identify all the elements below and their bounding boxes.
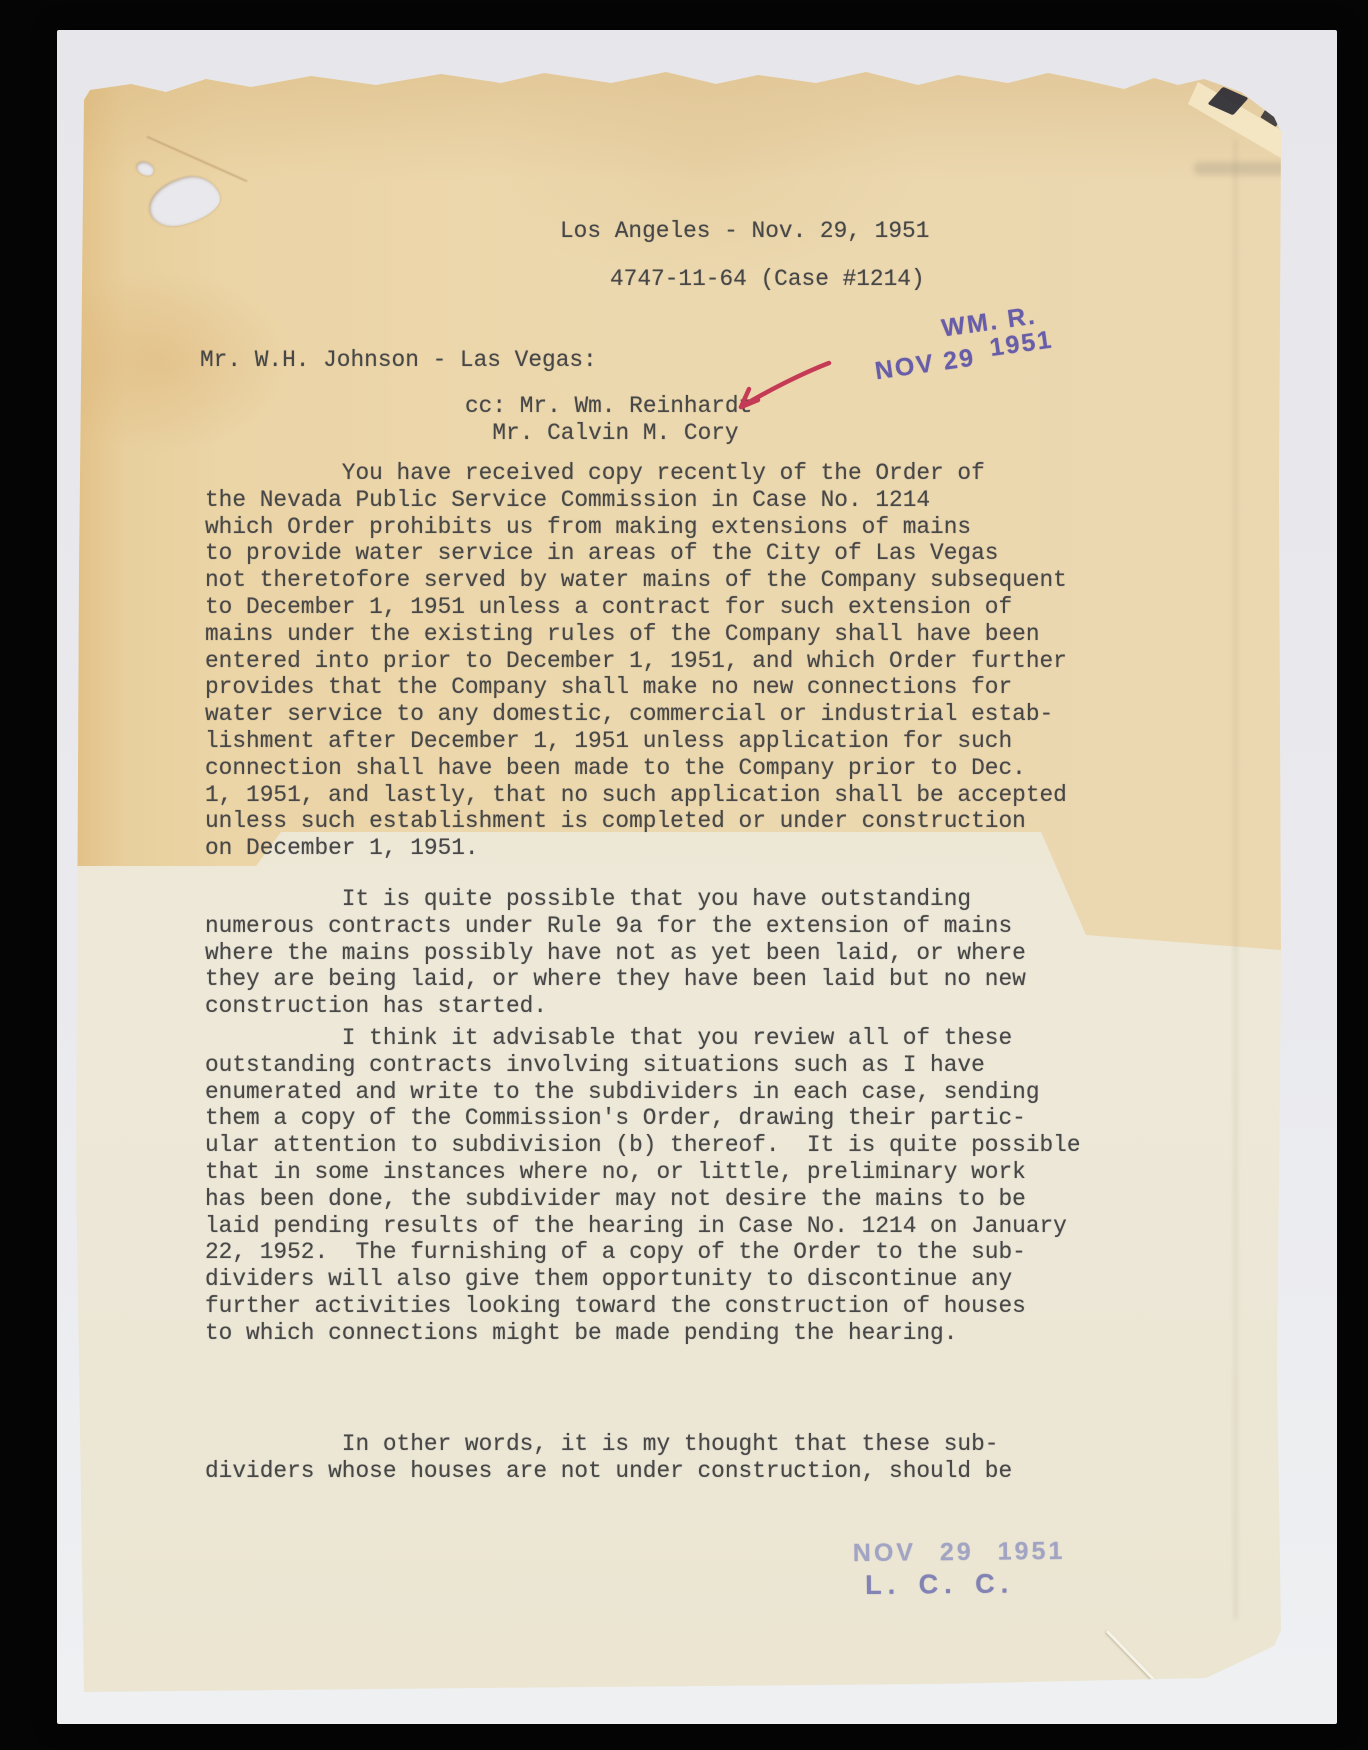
paragraph-1: You have received copy recently of the O…	[205, 460, 1067, 862]
paragraph-2: It is quite possible that you have outst…	[205, 886, 1026, 1020]
dateline: Los Angeles - Nov. 29, 1951	[560, 218, 929, 245]
stamp-date-line: NOV 29 1951	[853, 1537, 1066, 1568]
paragraph-4: In other words, it is my thought that th…	[205, 1431, 1012, 1485]
date-received-stamp: NOV 29 1951 L. C. C.	[853, 1537, 1066, 1601]
scanned-letter-photo: { "letter": { "dateline": "Los Angeles -…	[0, 0, 1368, 1750]
letter-page: Los Angeles - Nov. 29, 1951 4747-11-64 (…	[76, 70, 1281, 1692]
stamp-initials-lcc: L. C. C.	[865, 1568, 1066, 1601]
paper-crease	[1234, 140, 1237, 1620]
red-arrow-annotation	[725, 353, 845, 423]
recipient-line: Mr. W.H. Johnson - Las Vegas:	[200, 347, 597, 374]
paragraph-3: I think it advisable that you review all…	[205, 1025, 1081, 1347]
reference-number: 4747-11-64 (Case #1214)	[610, 266, 925, 293]
cc-block: cc: Mr. Wm. Reinhardt Mr. Calvin M. Cory	[465, 393, 752, 447]
